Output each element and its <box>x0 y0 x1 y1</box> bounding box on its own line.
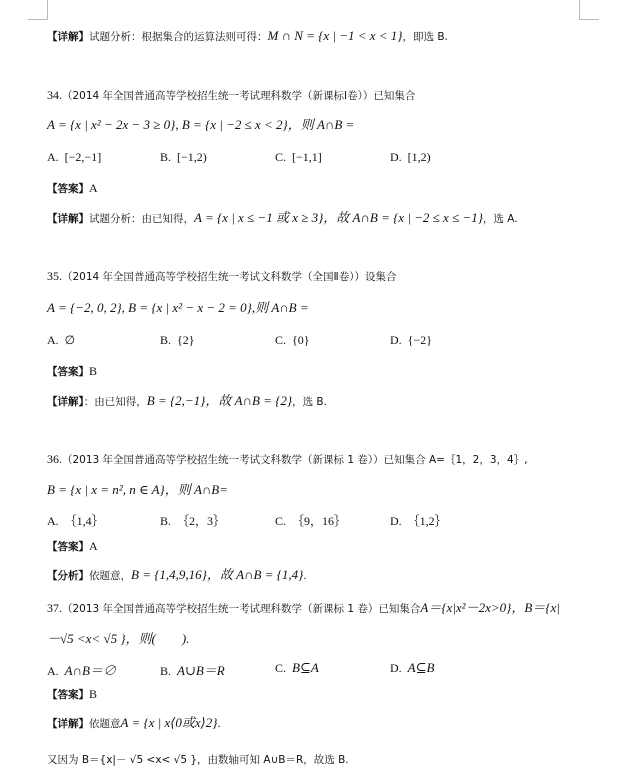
question-source: （2013 年全国普通高等学校招生统一考试理科数学（新课标 1 卷）已知集合 <box>62 603 420 615</box>
q36-stem: B = {x | x = n², n ∈ A}，则 A∩B= <box>47 482 228 498</box>
answer-value: B <box>89 364 97 378</box>
question-source: （2013 年全国普通高等学校招生统一考试文科数学（新课标 1 卷））已知集合 … <box>62 454 528 466</box>
answer-value: A <box>89 539 98 553</box>
q34-option-b: B.[−1,2) <box>160 150 207 165</box>
q36-source: 36.（2013 年全国普通高等学校招生统一考试文科数学（新课标 1 卷））已知… <box>47 451 528 468</box>
q37-stem: －√5 <x< √5 }，则( ). <box>47 631 189 647</box>
q34-source: 34.（2014 年全国普通高等学校招生统一考试理科数学（新课标Ⅰ卷））已知集合 <box>47 87 415 104</box>
q35-option-c: C.{0} <box>275 333 310 348</box>
answer-tag: 【答案】 <box>47 366 89 378</box>
q35-source: 35.（2014 年全国普通高等学校招生统一考试文科数学（全国Ⅱ卷））设集合 <box>47 268 396 285</box>
detail-tag: 【分析】 <box>47 570 89 582</box>
question-number: 34. <box>47 88 62 102</box>
q34-detail: 【详解】试题分析：由已知得，A = {x | x ≤ −1 或 x ≥ 3}，故… <box>47 210 518 227</box>
q36-detail: 【分析】依题意，B = {1,4,9,16}，故 A∩B = {1,4}. <box>47 567 307 584</box>
q34-stem: A = {x | x² − 2x − 3 ≥ 0}, B = {x | −2 ≤… <box>47 117 354 133</box>
q34-option-d: D.[1,2) <box>390 150 431 165</box>
detail-text: ：由已知得， <box>84 396 147 408</box>
detail-text: 试题分析：根据集合的运算法则可得： <box>89 31 268 43</box>
question-source-math: A＝{x|x²－2x>0}，B＝{x| <box>420 600 559 615</box>
detail-math: A = {x | x⟨0或x⟩2} <box>121 715 218 730</box>
question-source: （2014 年全国普通高等学校招生统一考试文科数学（全国Ⅱ卷））设集合 <box>62 271 396 283</box>
q37-option-b: B.A∪B＝R <box>160 660 225 679</box>
detail-suffix: ，即选 B. <box>403 31 448 43</box>
detail-extra-text: 又因为 B＝{x|－ √5 <x< √5 }，由数轴可知 A∪B＝R，故选 B. <box>47 754 349 766</box>
answer-tag: 【答案】 <box>47 541 89 553</box>
detail-tag: 【详解】 <box>47 718 89 730</box>
detail-suffix: . <box>217 718 220 730</box>
q36-option-a: A.｛1,4｝ <box>47 512 104 529</box>
question-number: 35. <box>47 269 62 283</box>
detail-text: 依题意 <box>89 718 121 730</box>
detail-math: B = {1,4,9,16}，故 A∩B = {1,4} <box>131 567 303 582</box>
detail-suffix: ，选 B. <box>292 396 327 408</box>
q37-source: 37.（2013 年全国普通高等学校招生统一考试理科数学（新课标 1 卷）已知集… <box>47 600 560 617</box>
detail-math: B = {2,−1}，故 A∩B = {2} <box>147 393 292 408</box>
question-number: 37. <box>47 601 62 615</box>
detail-text: 试题分析：由已知得， <box>89 213 194 225</box>
q35-option-a: A.∅ <box>47 333 75 348</box>
detail-tag: 【详解】 <box>47 396 84 408</box>
detail-math: A = {x | x ≤ −1 或 x ≥ 3}，故 A∩B = {x | −2… <box>194 210 483 225</box>
q37-answer: 【答案】B <box>47 686 97 703</box>
q35-answer: 【答案】B <box>47 363 97 380</box>
q36-option-c: C.｛9，16｝ <box>275 512 346 529</box>
answer-value: A <box>89 181 98 195</box>
prev-detail-line: 【详解】试题分析：根据集合的运算法则可得：M ∩ N = {x | −1 < x… <box>47 28 448 45</box>
q35-stem: A = {−2, 0, 2}, B = {x | x² − x − 2 = 0}… <box>47 300 309 316</box>
question-stem: －√5 <x< √5 }，则( ). <box>47 631 189 646</box>
q36-option-d: D.｛1,2｝ <box>390 512 447 529</box>
question-source: （2014 年全国普通高等学校招生统一考试理科数学（新课标Ⅰ卷））已知集合 <box>62 90 415 102</box>
page-corner-mark-left <box>28 0 48 20</box>
answer-tag: 【答案】 <box>47 183 89 195</box>
question-stem: A = {x | x² − 2x − 3 ≥ 0}, B = {x | −2 ≤… <box>47 117 354 132</box>
question-number: 36. <box>47 452 62 466</box>
detail-text: 依题意， <box>89 570 131 582</box>
q37-option-a: A.A∩B＝∅ <box>47 660 116 679</box>
q34-option-c: C.[−1,1] <box>275 150 322 165</box>
detail-tag: 【详解】 <box>47 213 89 225</box>
page-corner-mark-right <box>579 0 599 20</box>
question-stem: B = {x | x = n², n ∈ A}，则 A∩B= <box>47 482 228 497</box>
answer-tag: 【答案】 <box>47 689 89 701</box>
q37-detail: 【详解】依题意A = {x | x⟨0或x⟩2}. <box>47 715 221 732</box>
q36-answer: 【答案】A <box>47 538 98 555</box>
q37-option-c: C.B⊆A <box>275 660 319 676</box>
q34-option-a: A.[−2,−1] <box>47 150 101 165</box>
q37-option-d: D.A⊆B <box>390 660 434 676</box>
detail-tag: 【详解】 <box>47 31 89 43</box>
q37-extra: 又因为 B＝{x|－ √5 <x< √5 }，由数轴可知 A∪B＝R，故选 B. <box>47 751 349 768</box>
question-stem: A = {−2, 0, 2}, B = {x | x² − x − 2 = 0}… <box>47 300 309 315</box>
detail-suffix: ，选 A. <box>483 213 518 225</box>
answer-value: B <box>89 687 97 701</box>
detail-suffix: . <box>303 570 306 582</box>
q36-option-b: B.｛2，3｝ <box>160 512 225 529</box>
q35-option-d: D.{−2} <box>390 333 432 348</box>
q35-option-b: B.{2} <box>160 333 195 348</box>
q35-detail: 【详解】：由已知得，B = {2,−1}，故 A∩B = {2}，选 B. <box>47 393 327 410</box>
detail-math: M ∩ N = {x | −1 < x < 1} <box>268 28 403 43</box>
q34-answer: 【答案】A <box>47 180 98 197</box>
